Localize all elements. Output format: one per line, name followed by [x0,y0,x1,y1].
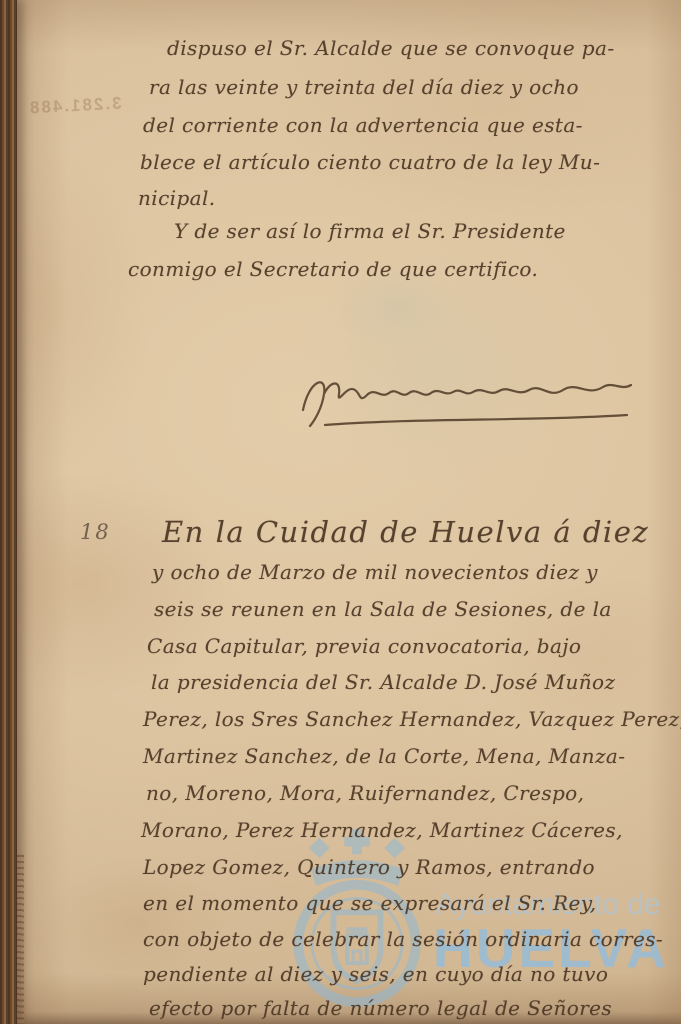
manuscript-line: En la Cuidad de Huelva á diez [162,515,649,549]
entry-margin-number: 18 [80,520,111,544]
book-binding-edge [0,0,17,1024]
scanned-manuscript-page: 3.281.488 dispuso el Sr. Alcalde que se … [0,0,681,1024]
signature-flourish [295,368,645,442]
manuscript-line: conmigo el Secretario de que certifico. [128,257,538,281]
manuscript-line: la presidencia del Sr. Alcalde D. José M… [151,670,615,694]
manuscript-line: ra las veinte y treinta del día diez y o… [149,75,579,99]
manuscript-line: Casa Capitular, previa convocatoria, baj… [147,634,581,658]
manuscript-line: nicipal. [138,186,216,210]
manuscript-line: Martinez Sanchez, de la Corte, Mena, Man… [143,744,625,768]
manuscript-line: Lopez Gomez, Quintero y Ramos, entrando [143,855,595,879]
manuscript-line: Morano, Perez Hernandez, Martinez Cácere… [141,818,623,842]
bleedthrough-number: 3.281.488 [28,94,123,119]
manuscript-line: seis se reunen en la Sala de Sesiones, d… [154,597,612,621]
manuscript-line: efecto por falta de número legal de Seño… [149,996,612,1020]
manuscript-line: en el momento que se expresará el Sr. Re… [143,891,597,915]
manuscript-line: Y de ser así lo firma el Sr. Presidente [174,219,566,243]
manuscript-line: no, Moreno, Mora, Ruifernandez, Crespo, [146,781,584,805]
manuscript-line: del corriente con la advertencia que est… [143,113,583,137]
manuscript-line: Perez, los Sres Sanchez Hernandez, Vazqu… [143,707,681,731]
manuscript-line: blece el artículo ciento cuatro de la le… [140,150,600,174]
manuscript-line: y ocho de Marzo de mil novecientos diez … [152,560,598,584]
manuscript-line: con objeto de celebrar la sesión ordinar… [143,927,663,951]
manuscript-line: pendiente al diez y seis, en cuyo día no… [143,962,608,986]
manuscript-line: dispuso el Sr. Alcalde que se convoque p… [167,36,615,60]
